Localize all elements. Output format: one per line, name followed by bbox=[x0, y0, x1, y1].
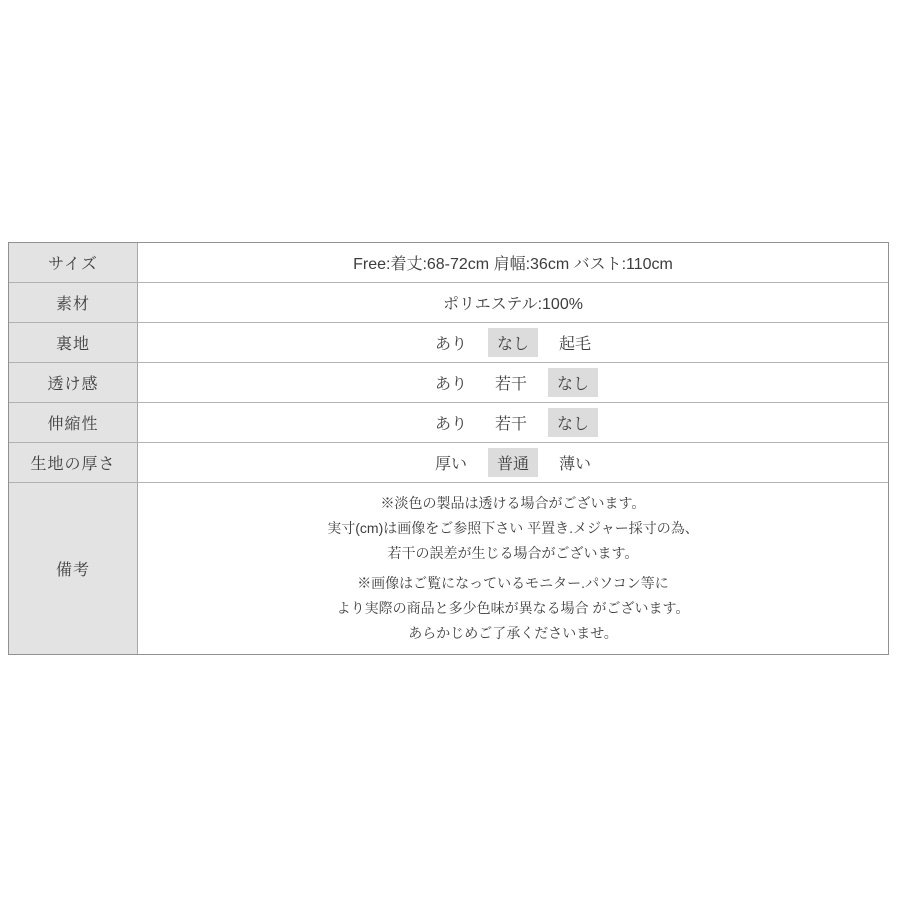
spec-row-thickness: 生地の厚さ 厚い 普通 薄い bbox=[9, 443, 888, 483]
notes-line: ※画像はご覧になっているモニター.パソコン等に bbox=[357, 571, 669, 596]
option-chip: なし bbox=[548, 408, 598, 437]
page-canvas: サイズ Free:着丈:68-72cm 肩幅:36cm バスト:110cm 素材… bbox=[0, 0, 900, 900]
row-value-size: Free:着丈:68-72cm 肩幅:36cm バスト:110cm bbox=[138, 243, 888, 282]
size-value-text: Free:着丈:68-72cm 肩幅:36cm バスト:110cm bbox=[353, 251, 673, 274]
notes-line: ※淡色の製品は透ける場合がございます。 bbox=[381, 491, 646, 516]
row-value-thickness: 厚い 普通 薄い bbox=[138, 443, 888, 482]
spec-row-material: 素材 ポリエステル:100% bbox=[9, 283, 888, 323]
option-chip: あり bbox=[435, 331, 467, 354]
row-label-stretch: 伸縮性 bbox=[9, 403, 138, 442]
option-chip: 厚い bbox=[435, 451, 467, 474]
row-label-thickness: 生地の厚さ bbox=[9, 443, 138, 482]
option-chip: 若干 bbox=[495, 411, 527, 434]
option-chip: なし bbox=[488, 328, 538, 357]
option-chip: なし bbox=[548, 368, 598, 397]
option-chip: 起毛 bbox=[559, 331, 591, 354]
row-value-stretch: あり 若干 なし bbox=[138, 403, 888, 442]
row-value-lining: あり なし 起毛 bbox=[138, 323, 888, 362]
material-value-text: ポリエステル:100% bbox=[443, 291, 583, 314]
spec-row-notes: 備考 ※淡色の製品は透ける場合がございます。 実寸(cm)は画像をご参照下さい … bbox=[9, 483, 888, 654]
row-label-notes: 備考 bbox=[9, 483, 138, 654]
notes-line: 実寸(cm)は画像をご参照下さい 平置き.メジャー採寸の為、 bbox=[327, 516, 698, 541]
spec-row-stretch: 伸縮性 あり 若干 なし bbox=[9, 403, 888, 443]
option-chip: 薄い bbox=[559, 451, 591, 474]
row-label-lining: 裏地 bbox=[9, 323, 138, 362]
row-label-sheerness: 透け感 bbox=[9, 363, 138, 402]
notes-line: 若干の誤差が生じる場合がございます。 bbox=[388, 541, 639, 566]
notes-line: あらかじめご了承くださいませ。 bbox=[408, 621, 618, 646]
row-value-material: ポリエステル:100% bbox=[138, 283, 888, 322]
option-chip: 若干 bbox=[495, 371, 527, 394]
spec-row-lining: 裏地 あり なし 起毛 bbox=[9, 323, 888, 363]
row-value-sheerness: あり 若干 なし bbox=[138, 363, 888, 402]
row-label-material: 素材 bbox=[9, 283, 138, 322]
row-value-notes: ※淡色の製品は透ける場合がございます。 実寸(cm)は画像をご参照下さい 平置き… bbox=[138, 483, 888, 654]
option-chip: あり bbox=[435, 411, 467, 434]
row-label-size: サイズ bbox=[9, 243, 138, 282]
spec-row-sheerness: 透け感 あり 若干 なし bbox=[9, 363, 888, 403]
notes-line: より実際の商品と多少色味が異なる場合 がございます。 bbox=[337, 596, 690, 621]
option-chip: 普通 bbox=[488, 448, 538, 477]
option-chip: あり bbox=[435, 371, 467, 394]
spec-row-size: サイズ Free:着丈:68-72cm 肩幅:36cm バスト:110cm bbox=[9, 243, 888, 283]
product-spec-table: サイズ Free:着丈:68-72cm 肩幅:36cm バスト:110cm 素材… bbox=[8, 242, 889, 655]
